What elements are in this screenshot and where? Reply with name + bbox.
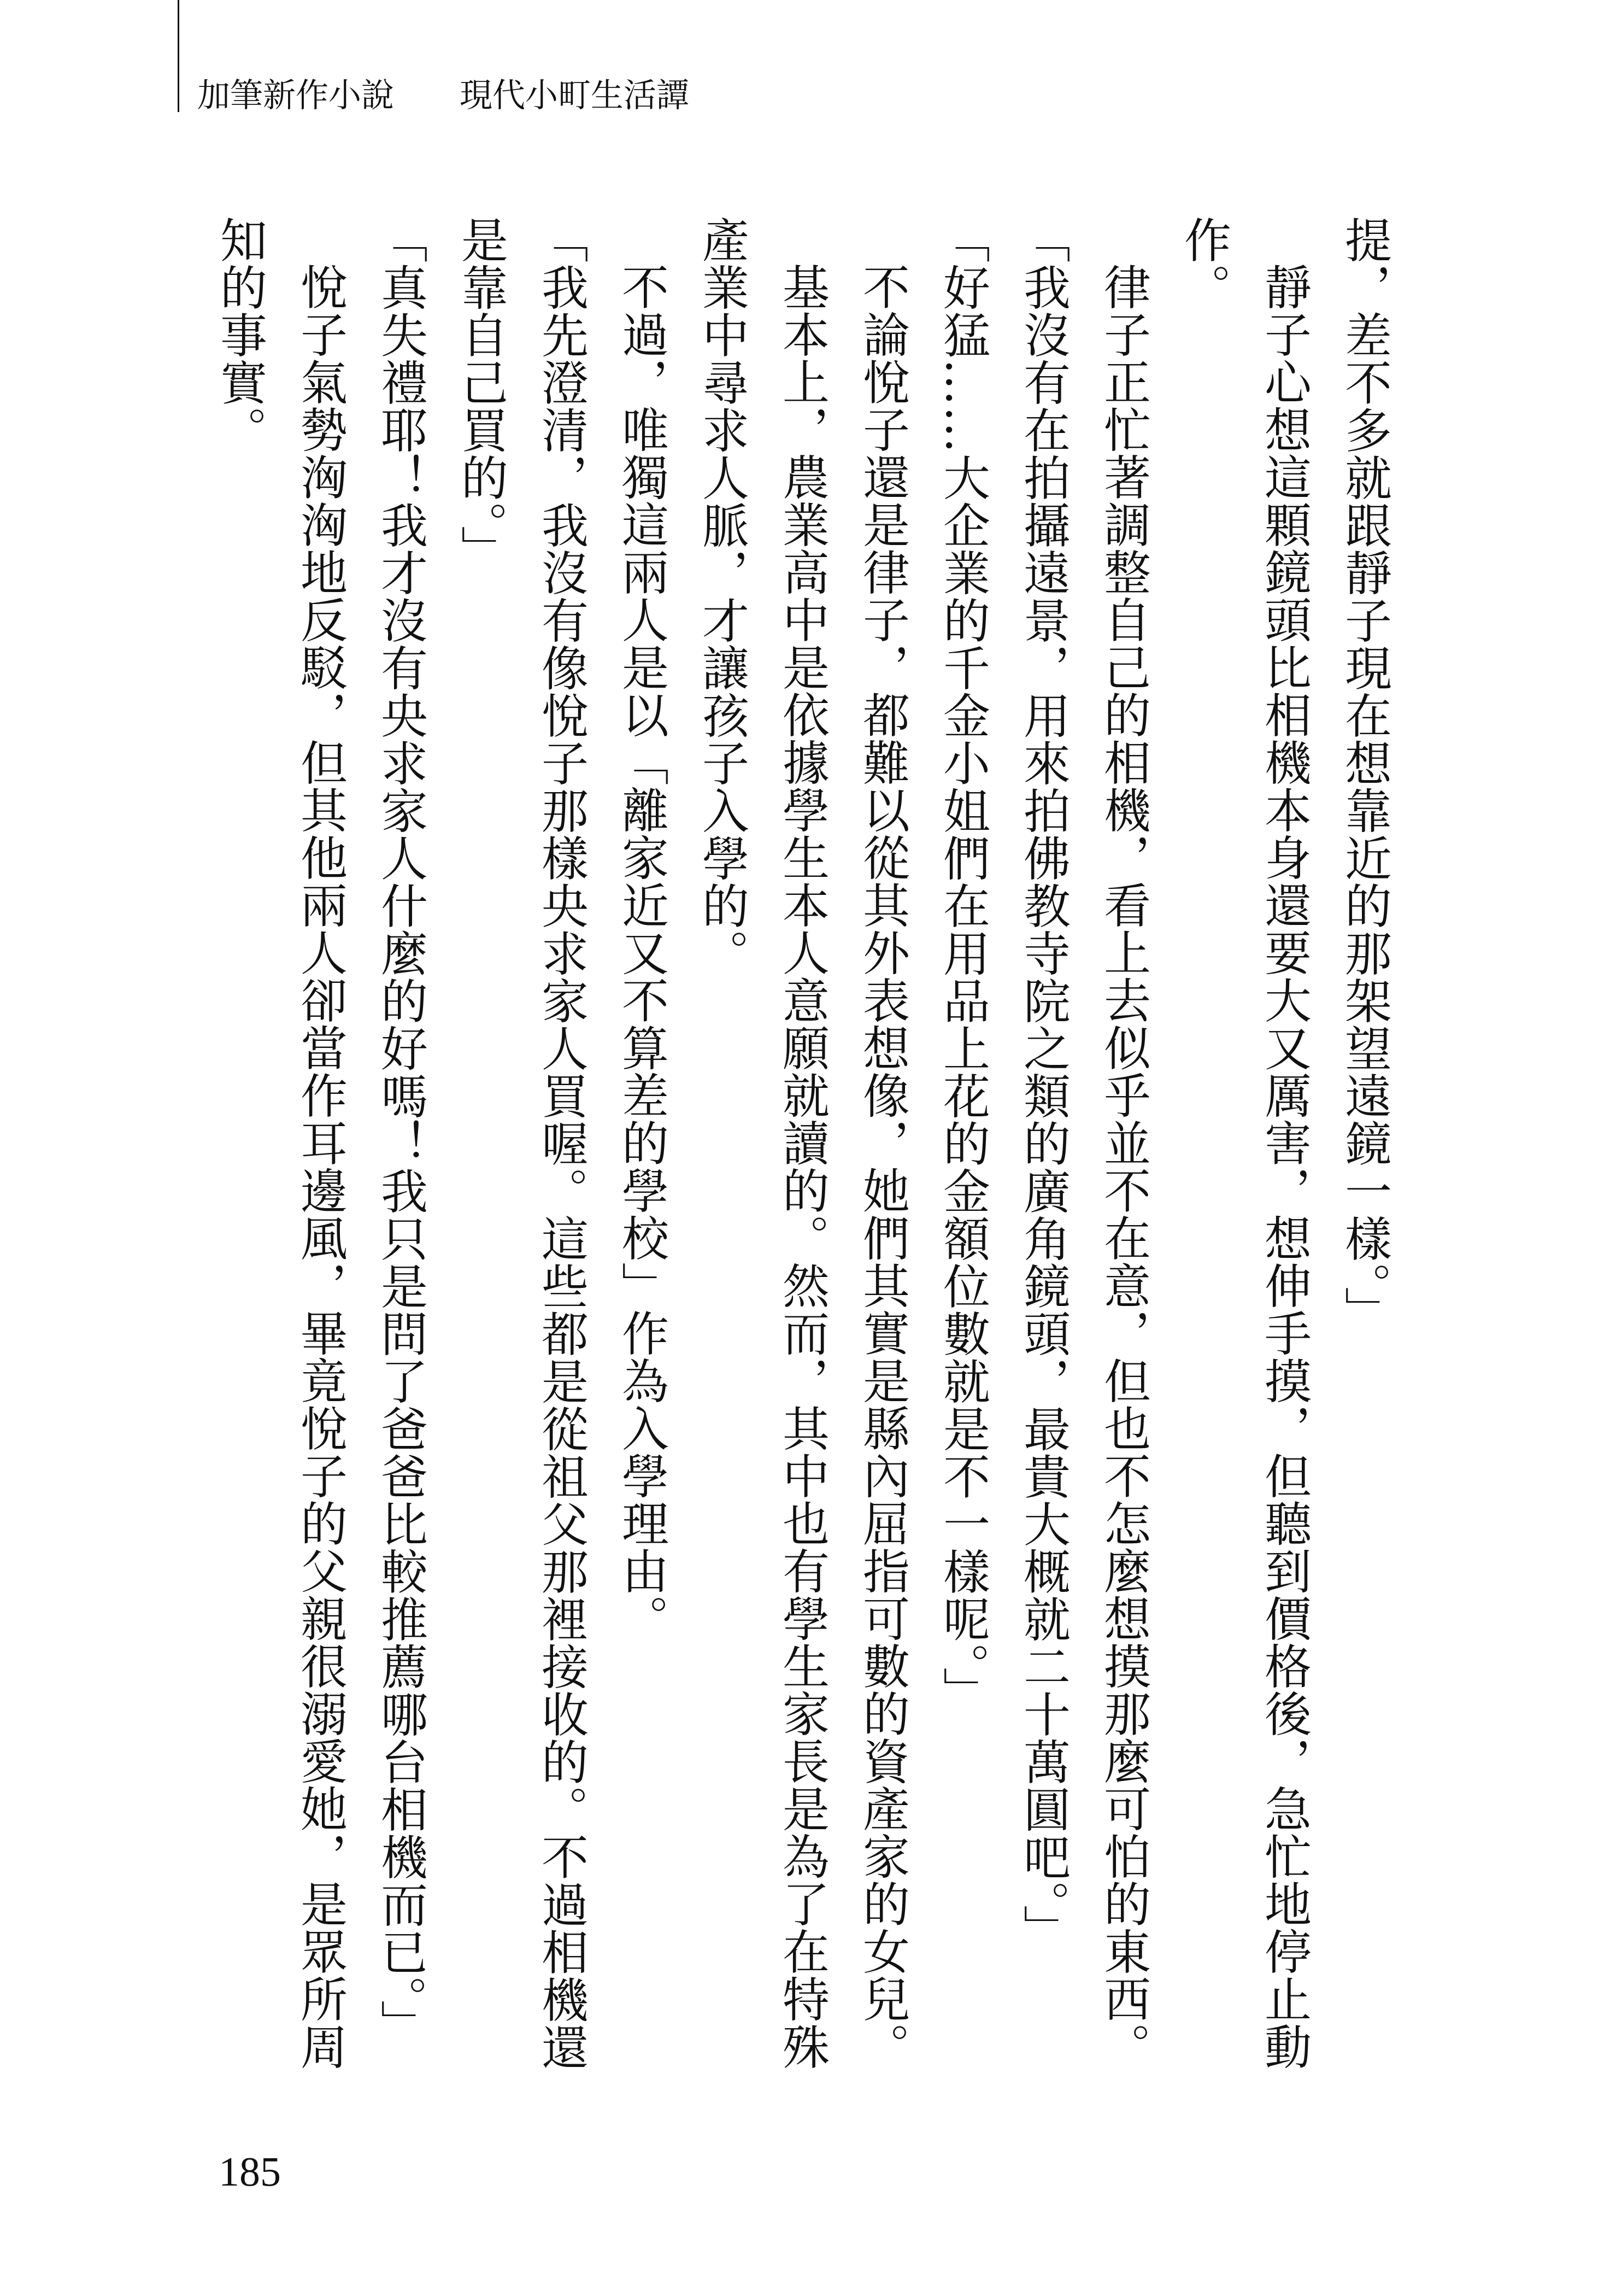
paragraph: 不論悅子還是律子，都難以從其外表想像，她們其實是縣內屈指可數的資產家的女兒。 [842, 216, 922, 2086]
vertical-body-text: 提，差不多就跟靜子現在想靠近的那架望遠鏡一樣。」 靜子心想這顆鏡頭比相機本身還要… [199, 216, 1404, 2086]
running-header: 加筆新作小說現代小町生活譚 [197, 77, 689, 115]
paragraph: 不過，唯獨這兩人是以「離家近又不算差的學校」作為入學理由。 [601, 216, 681, 2086]
paragraph: 「真失禮耶！我才沒有央求家人什麼的好嗎！我只是問了爸爸比較推薦哪台相機而已。」 [360, 216, 440, 2086]
paragraph: 「我沒有在拍攝遠景，用來拍佛教寺院之類的廣角鏡頭，最貴大概就二十萬圓吧。」 [1002, 216, 1083, 2086]
paragraph: 提，差不多就跟靜子現在想靠近的那架望遠鏡一樣。」 [1324, 216, 1404, 2086]
header-rule [178, 0, 179, 112]
paragraph: 靜子心想這顆鏡頭比相機本身還要大又厲害，想伸手摸，但聽到價格後，急忙地停止動作。 [1163, 216, 1324, 2086]
paragraph: 悅子氣勢洶洶地反駁，但其他兩人卻當作耳邊風，畢竟悅子的父親很溺愛她，是眾所周知的… [199, 216, 360, 2086]
paragraph: 律子正忙著調整自己的相機，看上去似乎並不在意，但也不怎麼想摸那麼可怕的東西。 [1083, 216, 1163, 2086]
paragraph: 基本上，農業高中是依據學生本人意願就讀的。然而，其中也有學生家長是為了在特殊產業… [681, 216, 842, 2086]
chapter-title: 現代小町生活譚 [460, 77, 689, 115]
paragraph: 「我先澄清，我沒有像悅子那樣央求家人買喔。這些都是從祖父那裡接收的。不過相機還是… [440, 216, 601, 2086]
page-number: 185 [219, 2148, 281, 2196]
series-title: 加筆新作小說 [197, 77, 394, 115]
paragraph: 「好猛……大企業的千金小姐們在用品上花的金額位數就是不一樣呢。」 [922, 216, 1002, 2086]
